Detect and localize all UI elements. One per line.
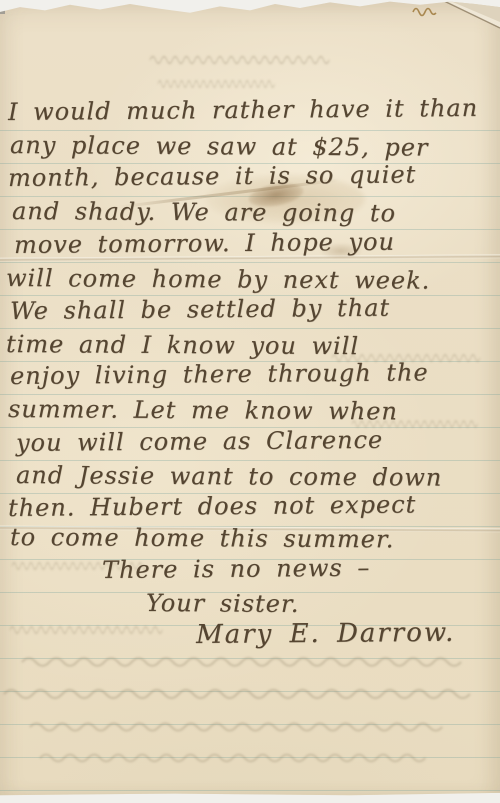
letter-line-6: will come home by next week. (6, 264, 430, 295)
letter-line-3: month, because it is so quiet (8, 160, 416, 192)
letter-line-2: any place we saw at $25, per (10, 131, 429, 162)
letter-line-1: I would much rather have it than (8, 94, 478, 126)
letter-line-15: There is no news – (102, 554, 371, 584)
letter-line-7: We shall be settled by that (10, 294, 390, 325)
letter-signature: Mary E. Darrow. (196, 619, 456, 649)
letter-line-13: then. Hubert does not expect (8, 490, 416, 522)
pencil-scribble-mark (412, 3, 438, 17)
letter-line-14: to come home this summer. (10, 523, 395, 553)
letter-line-5: move tomorrow. I hope you (14, 228, 395, 259)
letter-line-10: summer. Let me know when (8, 395, 398, 425)
letter-line-11: you will come as Clarence (16, 426, 383, 457)
folded-corner (428, 0, 500, 30)
edge-mark (0, 2, 5, 14)
letter-line-8: time and I know you will (6, 330, 359, 360)
scanned-letter: I would much rather have it than any pla… (0, 0, 500, 803)
letter-line-9: enjoy living there through the (10, 358, 429, 390)
letter-line-4: and shady. We are going to (12, 197, 396, 227)
letter-page: I would much rather have it than any pla… (0, 0, 500, 796)
letter-line-12: and Jessie want to come down (16, 461, 442, 492)
letter-closing: Your sister. (146, 589, 300, 618)
